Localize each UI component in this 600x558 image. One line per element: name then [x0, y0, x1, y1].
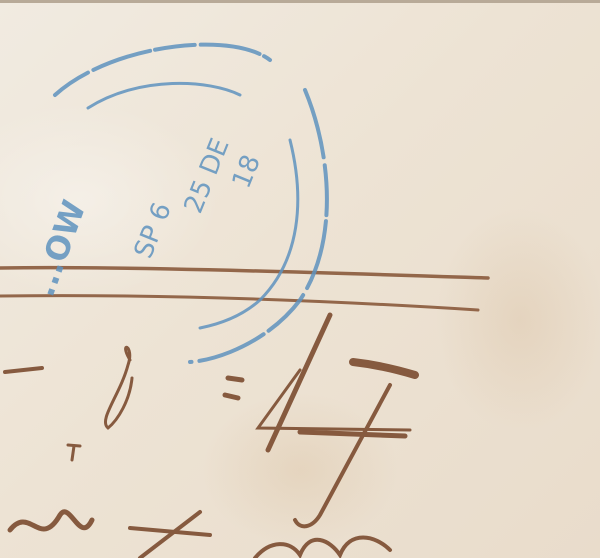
- postmark-town-text: ...OW: [24, 195, 94, 301]
- manuscript-rule-lines: [0, 268, 488, 310]
- postmark-line-3: 18: [227, 151, 267, 193]
- postmark-line-1: SP 6: [129, 199, 178, 263]
- postmark: ...OW SP 6 25 DE 18: [24, 45, 327, 362]
- postmark-line-2: 25 DE: [179, 134, 236, 217]
- cover-artwork: ...OW SP 6 25 DE 18: [0, 0, 600, 558]
- cover-photo: ...OW SP 6 25 DE 18 4 8 ... wer .: [0, 0, 600, 558]
- manuscript-rate: [5, 315, 415, 558]
